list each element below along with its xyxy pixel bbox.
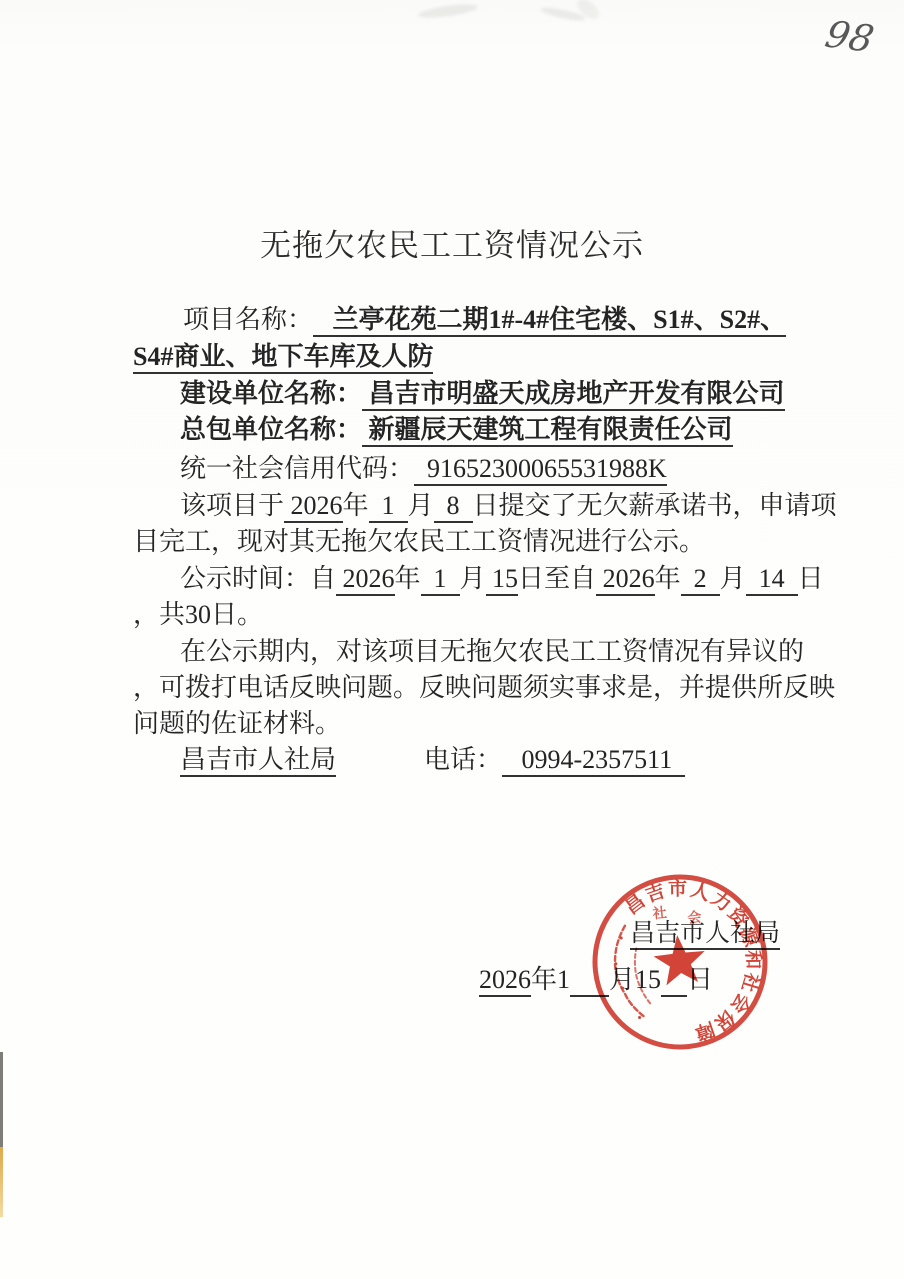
line-publicity-cont: ，共30日。 [133,598,263,632]
seal-star [652,932,708,986]
handwritten-page-number: 98 [821,13,890,62]
text-segment: 项目名称： [183,305,313,334]
line-credit-code: 统一社会信用代码： 91652300065531988K [180,452,667,486]
fill-in-value: 91652300065531988K [414,454,667,486]
line-project-name: 项目名称： 兰亭花苑二期1#-4#住宅楼、S1#、S2#、 [183,303,786,337]
text-segment: 日至自 [518,564,596,593]
text-segment: 年 [343,491,369,520]
line-construction-unit: 建设单位名称： 昌吉市明盛天成房地产开发有限公司 [180,377,785,411]
document-title: 无拖欠农民工工资情况公示 [0,220,904,265]
fill-in-value: 2026 [596,564,655,596]
fill-in-value: 兰亭花苑二期1#-4#住宅楼、S1#、S2#、 [313,305,786,337]
fill-in-value: 2026 [336,564,395,596]
text-segment: 该项目于 [180,491,284,520]
fill-in-value: 昌吉市人社局 [180,745,336,777]
text-segment: 建设单位名称： [180,379,362,408]
scan-edge-artifact [0,1147,3,1217]
fill-in-value: 14 [746,564,798,596]
line-publicity-period: 公示时间：自 2026年 1 月 15日至自 2026年 2 月 14 日 [180,562,824,596]
fill-in-value: 2026 [284,491,343,523]
official-red-seal: 昌吉市人力资源和社会保障局 社 会 [546,828,814,1096]
text-segment: 年 [395,564,421,593]
text-segment: 总包单位名称： [180,415,362,444]
fill-in-value: 昌吉市明盛天成房地产开发有限公司 [362,379,785,411]
fill-in-value: 2 [681,564,720,596]
text-segment: 月 [720,564,746,593]
line-general-contractor: 总包单位名称： 新疆辰天建筑工程有限责任公司 [180,413,733,447]
line-submission-date: 该项目于 2026年 1 月 8 日提交了无欠薪承诺书，申请项 [180,489,837,523]
text-segment: 目完工，现对其无拖欠农民工工资情况进行公示。 [133,527,705,556]
fill-in-value: 2026 [479,965,531,997]
text-segment: 统一社会信用代码： [180,454,414,483]
text-segment: 问题的佐证材料。 [133,709,341,738]
text-segment: 月 [408,491,434,520]
scan-edge-artifact [0,1052,3,1147]
line-submission-cont: 目完工，现对其无拖欠农民工工资情况进行公示。 [133,525,705,559]
seal-script-stroke [633,948,650,1005]
fill-in-value: 15 [486,564,519,596]
seal-inner-char: 社 [651,904,668,922]
fill-in-value: 8 [434,491,473,523]
line-objection-1: 在公示期内，对该项目无拖欠农民工工资情况有异议的 [180,635,804,669]
text-segment: 电话： [424,745,502,774]
scan-smudge [418,2,479,20]
text-segment: 在公示期内，对该项目无拖欠农民工工资情况有异议的 [180,637,804,666]
text-segment: 年 [655,564,681,593]
fill-in-value: 1 [369,491,408,523]
line-project-name-cont: S4#商业、地下车库及人防 [133,340,433,374]
text-segment: 公示时间：自 [180,564,336,593]
line-objection-2: ，可拨打电话反映问题。反映问题须实事求是，并提供所反映 [133,671,835,705]
text-segment: 日提交了无欠薪承诺书，申请项 [473,491,837,520]
line-agency-name: 昌吉市人社局 [180,743,336,777]
line-phone-number: 电话： 0994-2357511 [424,743,685,777]
text-segment: ，共30日。 [133,600,263,629]
seal-script-stroke [611,924,644,1019]
fill-in-value: 1 [421,564,460,596]
text-segment: 日 [798,564,824,593]
fill-in-value: 新疆辰天建筑工程有限责任公司 [362,415,733,447]
line-objection-3: 问题的佐证材料。 [133,707,341,741]
text-segment: 月 [460,564,486,593]
scanned-document-page: 98 无拖欠农民工工资情况公示 项目名称： 兰亭花苑二期1#-4#住宅楼、S1#… [0,0,904,1279]
fill-in-value: S4#商业、地下车库及人防 [133,342,433,374]
seal-inner-char: 会 [687,909,703,927]
fill-in-value: 0994-2357511 [502,745,685,777]
text-segment: ，可拨打电话反映问题。反映问题须实事求是，并提供所反映 [133,673,835,702]
